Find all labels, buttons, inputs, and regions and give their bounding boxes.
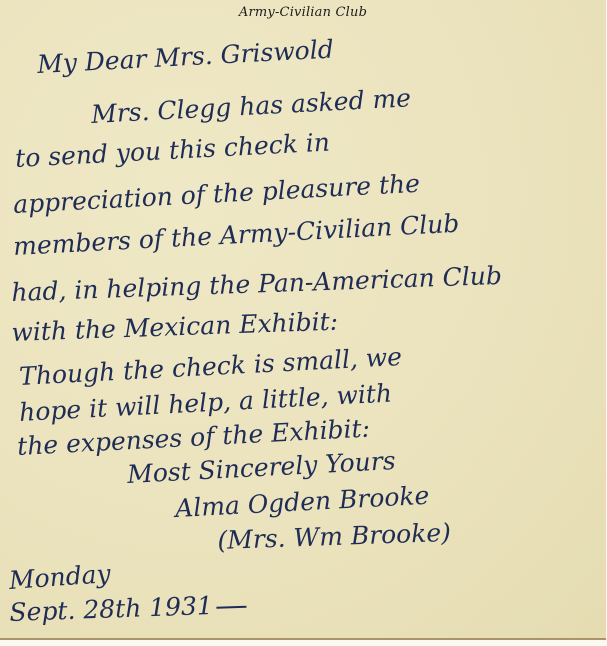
signature: Alma Ogden Brooke (174, 481, 429, 523)
letterhead-title: Army-Civilian Club (0, 5, 606, 20)
date-line: Sept. 28th 1931 (9, 590, 247, 627)
body-line-5: had, in helping the Pan-American Club (11, 261, 502, 307)
letter-paper: Army-Civilian Club My Dear Mrs. Griswold… (0, 0, 606, 640)
body-line-4: members of the Army-Civilian Club (12, 209, 459, 261)
body-line-6: with the Mexican Exhibit: (11, 307, 339, 347)
signature-alt: (Mrs. Wm Brooke) (217, 518, 451, 555)
body-line-3: appreciation of the pleasure the (12, 169, 420, 219)
body-line-1: Mrs. Clegg has asked me (90, 83, 411, 129)
date-flourish (217, 605, 247, 608)
salutation: My Dear Mrs. Griswold (36, 35, 334, 79)
date-day: Monday (8, 559, 112, 595)
body-line-2: to send you this check in (14, 128, 330, 173)
date-text: Sept. 28th 1931 (9, 591, 213, 627)
